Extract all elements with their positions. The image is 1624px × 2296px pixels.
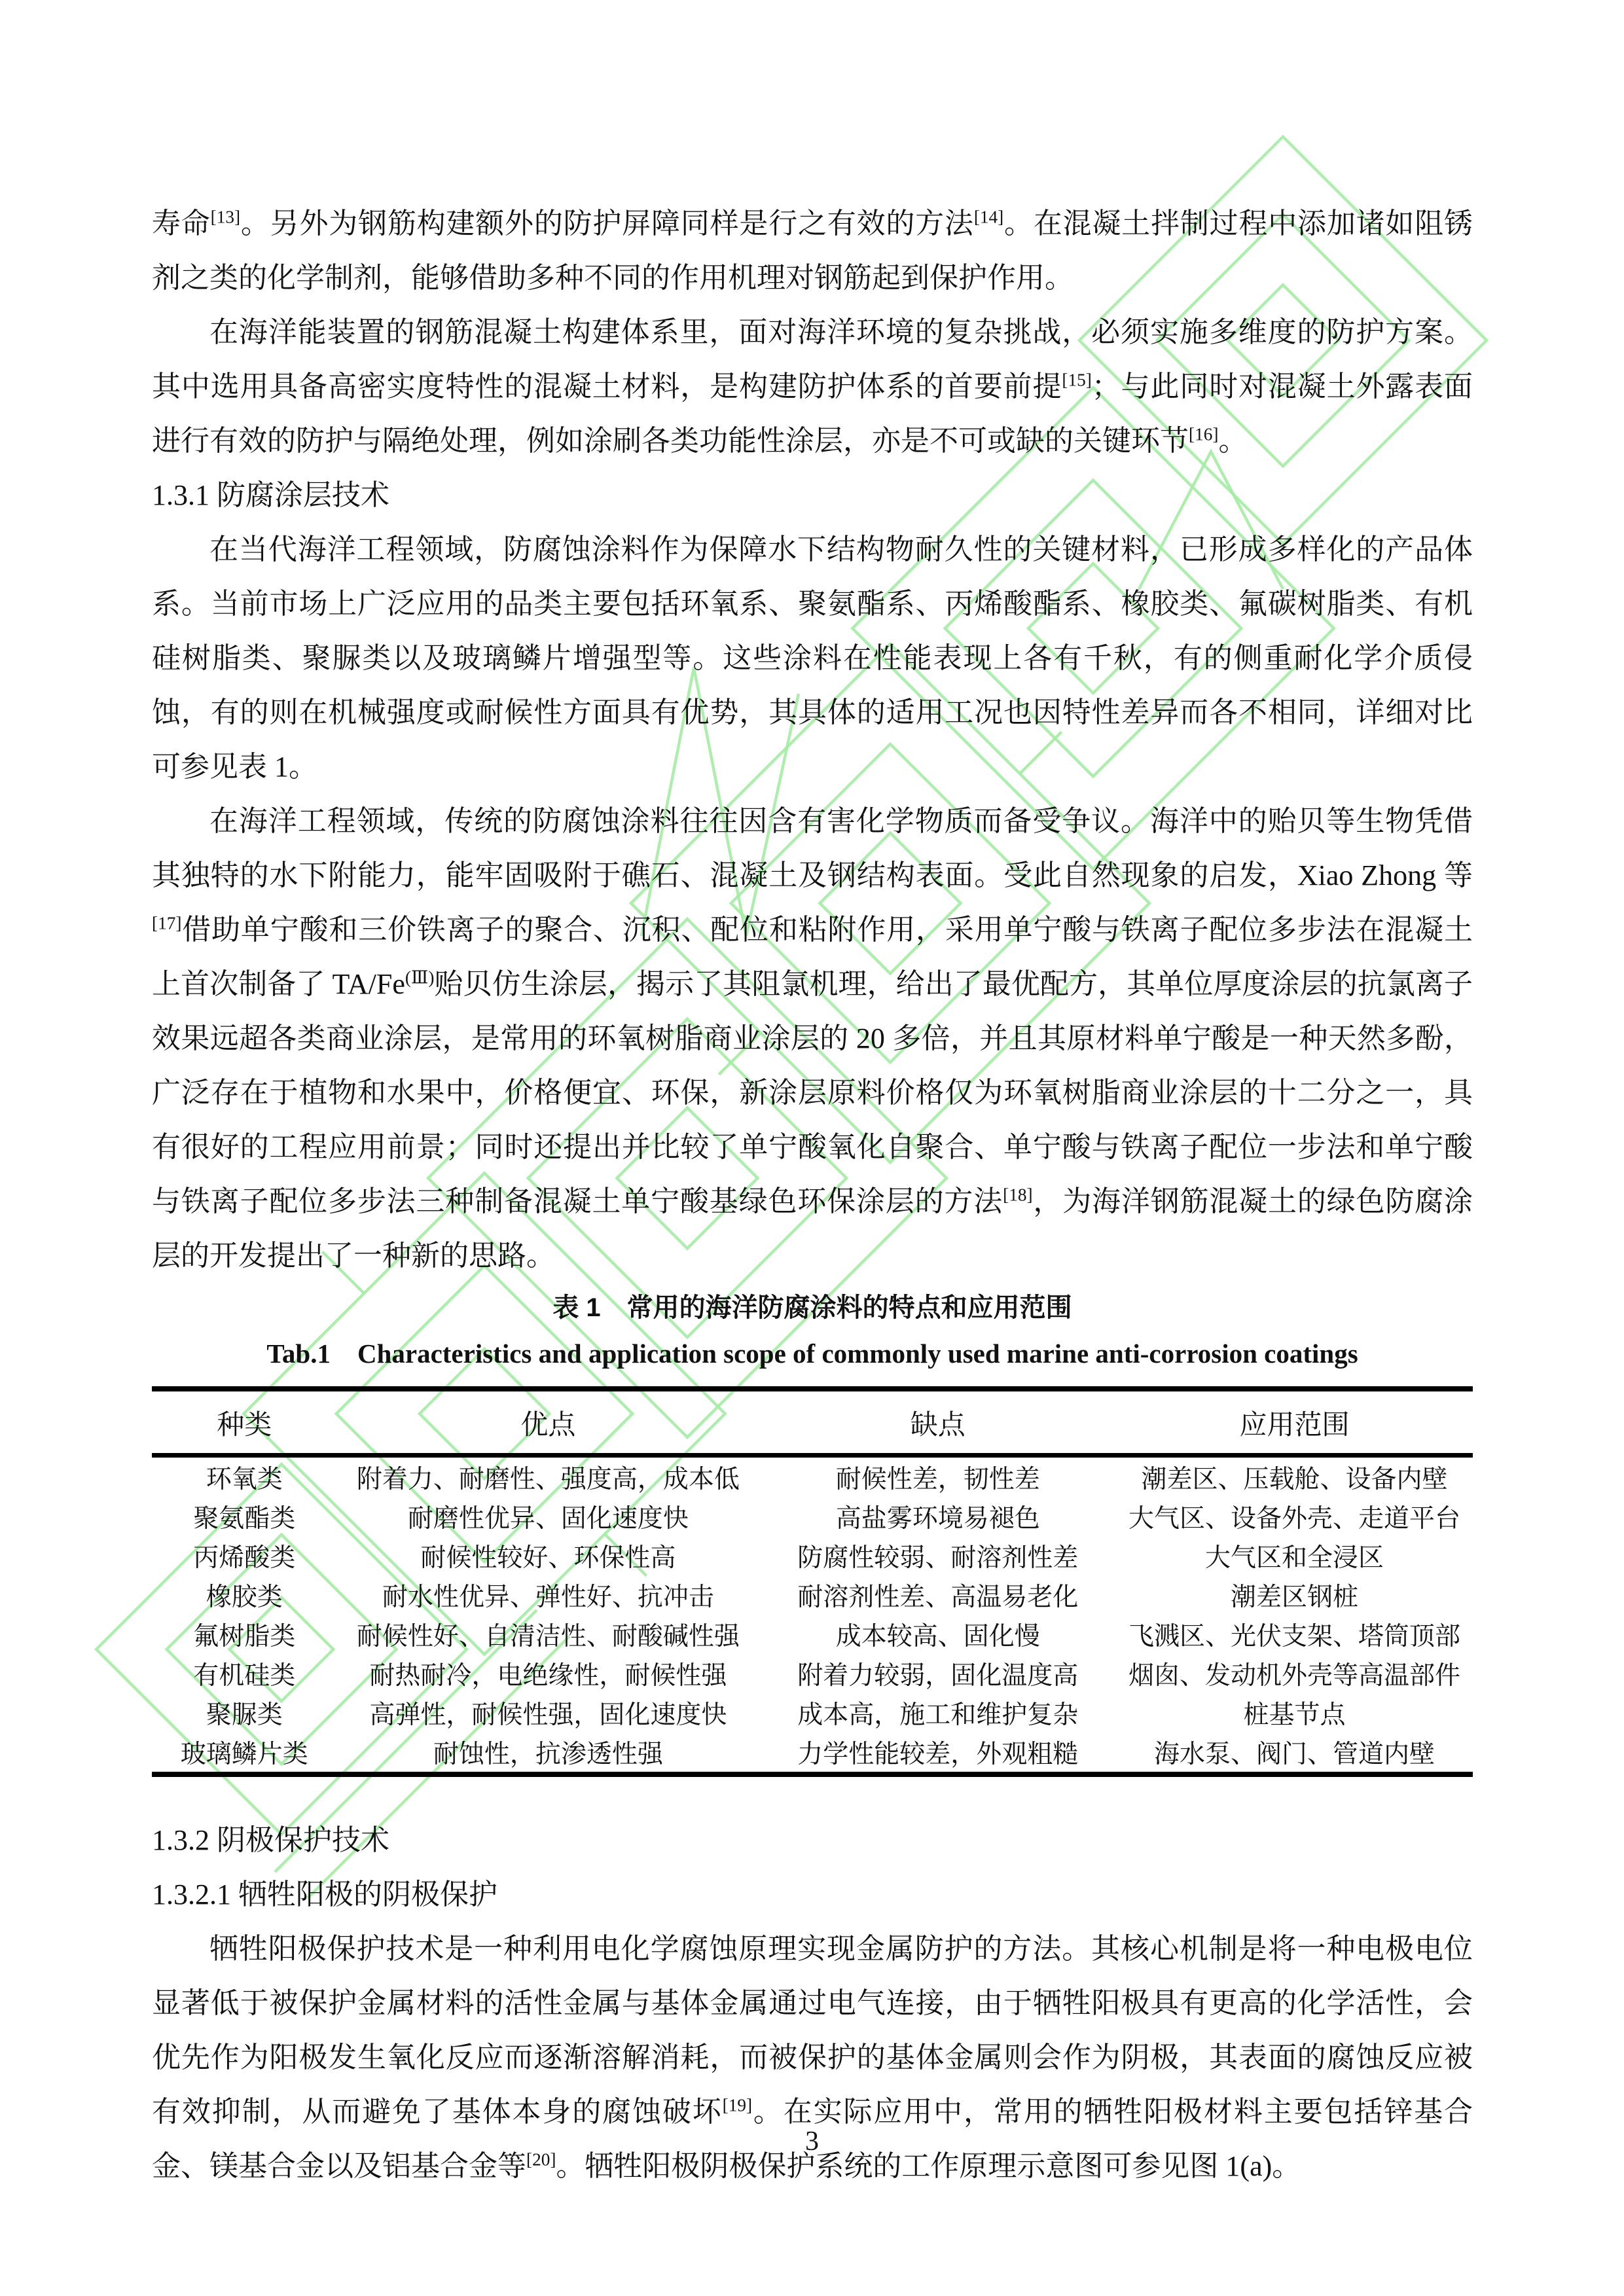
- section-heading-131: 1.3.1 防腐涂层技术: [152, 468, 1473, 522]
- table-cell: 潮差区钢桩: [1116, 1575, 1473, 1615]
- table-cell: 桩基节点: [1116, 1693, 1473, 1732]
- table-row: 聚脲类高弹性，耐候性强，固化速度快成本高，施工和维护复杂桩基节点: [152, 1693, 1473, 1732]
- table-cell: 附着力较弱，固化温度高: [759, 1654, 1116, 1693]
- table-row: 丙烯酸类耐候性较好、环保性高防腐性较弱、耐溶剂性差大气区和全浸区: [152, 1536, 1473, 1575]
- table-cell: 高弹性，耐候性强，固化速度快: [337, 1693, 760, 1732]
- table-cell: 耐水性优异、弹性好、抗冲击: [337, 1575, 760, 1615]
- table-cell: 耐候性好、自清洁性、耐酸碱性强: [337, 1615, 760, 1654]
- table-header-application: 应用范围: [1116, 1389, 1473, 1456]
- table-cell: 飞溅区、光伏支架、塔筒顶部: [1116, 1615, 1473, 1654]
- table-header-type: 种类: [152, 1389, 337, 1456]
- table-cell: 力学性能较差，外观粗糙: [759, 1732, 1116, 1774]
- table-cell: 成本较高、固化慢: [759, 1615, 1116, 1654]
- page-body: 寿命[13]。另外为钢筋构建额外的防护屏障同样是行之有效的方法[14]。在混凝土…: [152, 196, 1473, 2193]
- table-caption-cn: 表 1 常用的海洋防腐涂料的特点和应用范围: [152, 1289, 1473, 1326]
- paragraph-coating-types: 在当代海洋工程领域，防腐蚀涂料作为保障水下结构物耐久性的关键材料，已形成多样化的…: [152, 522, 1473, 794]
- section-heading-132: 1.3.2 阴极保护技术: [152, 1813, 1473, 1867]
- table-cell: 有机硅类: [152, 1654, 337, 1693]
- table-header-advantages: 优点: [337, 1389, 760, 1456]
- table-header-disadvantages: 缺点: [759, 1389, 1116, 1456]
- table-cell: 耐溶剂性差、高温易老化: [759, 1575, 1116, 1615]
- table-cell: 聚氨酯类: [152, 1497, 337, 1536]
- table-caption-en: Tab.1 Characteristics and application sc…: [152, 1335, 1473, 1372]
- table-cell: 聚脲类: [152, 1693, 337, 1732]
- table-cell: 附着力、耐磨性、强度高，成本低: [337, 1456, 760, 1498]
- table-cell: 玻璃鳞片类: [152, 1732, 337, 1774]
- table-cell: 成本高，施工和维护复杂: [759, 1693, 1116, 1732]
- table-body: 环氧类附着力、耐磨性、强度高，成本低耐候性差，韧性差潮差区、压载舱、设备内壁聚氨…: [152, 1456, 1473, 1775]
- table-cell: 耐候性较好、环保性高: [337, 1536, 760, 1575]
- table-cell: 高盐雾环境易褪色: [759, 1497, 1116, 1536]
- table-row: 氟树脂类耐候性好、自清洁性、耐酸碱性强成本较高、固化慢飞溅区、光伏支架、塔筒顶部: [152, 1615, 1473, 1654]
- paragraph-intro-continuation: 寿命[13]。另外为钢筋构建额外的防护屏障同样是行之有效的方法[14]。在混凝土…: [152, 196, 1473, 305]
- table-cell: 氟树脂类: [152, 1615, 337, 1654]
- table-cell: 防腐性较弱、耐溶剂性差: [759, 1536, 1116, 1575]
- table-row: 环氧类附着力、耐磨性、强度高，成本低耐候性差，韧性差潮差区、压载舱、设备内壁: [152, 1456, 1473, 1498]
- paragraph-marine-system: 在海洋能装置的钢筋混凝土构建体系里，面对海洋环境的复杂挑战，必须实施多维度的防护…: [152, 305, 1473, 468]
- table-cell: 大气区、设备外壳、走道平台: [1116, 1497, 1473, 1536]
- table-row: 有机硅类耐热耐冷，电绝缘性，耐候性强附着力较弱，固化温度高烟囱、发动机外壳等高温…: [152, 1654, 1473, 1693]
- page-number: 3: [0, 2126, 1624, 2157]
- table-cell: 丙烯酸类: [152, 1536, 337, 1575]
- table-cell: 耐磨性优异、固化速度快: [337, 1497, 760, 1536]
- table-cell: 大气区和全浸区: [1116, 1536, 1473, 1575]
- table-row: 聚氨酯类耐磨性优异、固化速度快高盐雾环境易褪色大气区、设备外壳、走道平台: [152, 1497, 1473, 1536]
- coatings-table: 种类 优点 缺点 应用范围 环氧类附着力、耐磨性、强度高，成本低耐候性差，韧性差…: [152, 1386, 1473, 1777]
- table-cell: 环氧类: [152, 1456, 337, 1498]
- table-row: 玻璃鳞片类耐蚀性，抗渗透性强力学性能较差，外观粗糙海水泵、阀门、管道内壁: [152, 1732, 1473, 1774]
- paragraph-mussel-coating: 在海洋工程领域，传统的防腐蚀涂料往往因含有害化学物质而备受争议。海洋中的贻贝等生…: [152, 794, 1473, 1283]
- table-row: 橡胶类耐水性优异、弹性好、抗冲击耐溶剂性差、高温易老化潮差区钢桩: [152, 1575, 1473, 1615]
- table-header-row: 种类 优点 缺点 应用范围: [152, 1389, 1473, 1456]
- table-cell: 耐候性差，韧性差: [759, 1456, 1116, 1498]
- table-cell: 烟囱、发动机外壳等高温部件: [1116, 1654, 1473, 1693]
- table-cell: 耐蚀性，抗渗透性强: [337, 1732, 760, 1774]
- section-heading-1321: 1.3.2.1 牺牲阳极的阴极保护: [152, 1867, 1473, 1922]
- table-cell: 潮差区、压载舱、设备内壁: [1116, 1456, 1473, 1498]
- table-cell: 耐热耐冷，电绝缘性，耐候性强: [337, 1654, 760, 1693]
- table-cell: 橡胶类: [152, 1575, 337, 1615]
- table-cell: 海水泵、阀门、管道内壁: [1116, 1732, 1473, 1774]
